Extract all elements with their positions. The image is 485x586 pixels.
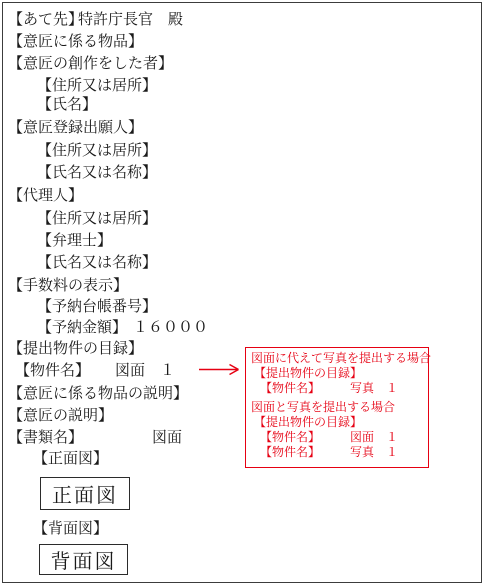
doc-line-label: 【背面図】 [33,517,108,539]
doc-line: 【氏名又は名称】 [0,251,485,273]
callout-line-value: 写真 １ [350,381,398,396]
callout-line-label: 【提出物件の目録】 [254,415,362,430]
doc-line: 【予納金額】１６０００ [0,316,485,338]
doc-line: 【住所又は居所】 [0,139,485,161]
doc-line-value: 図面 １ [115,359,175,381]
doc-line-label: 【提出物件の目録】 [8,337,143,359]
doc-line-label: 【氏名又は名称】 [37,161,157,183]
doc-line-label: 【氏名又は名称】 [37,251,157,273]
doc-line: 【代理人】 [0,184,485,206]
doc-line-label: 【意匠の創作をした者】 [8,52,173,74]
doc-line-label: 【書類名】 [8,426,83,448]
doc-line-value: 特許庁長官 殿 [78,8,183,30]
callout-line: 【物件名】写真 １ [246,381,428,396]
doc-line-label: 【予納台帳番号】 [37,295,157,317]
doc-line-value: 図面 [152,426,182,448]
doc-line-label: 【意匠に係る物品の説明】 [8,382,188,404]
callout-line-label: 【物件名】 [260,430,320,445]
doc-line: 【あて先】特許庁長官 殿 [0,8,485,30]
callout-line-label: 【物件名】 [260,445,320,460]
callout-line-value: 図面 １ [350,430,398,445]
callout-line-label: 図面と写真を提出する場合 [251,400,395,415]
doc-line: 【意匠の創作をした者】 [0,52,485,74]
red-arrow-icon [198,363,240,376]
doc-line: 【住所又は居所】 [0,207,485,229]
doc-line: 【予納台帳番号】 [0,295,485,317]
doc-line-label: 【代理人】 [8,184,83,206]
doc-line: 【意匠登録出願人】 [0,116,485,138]
doc-line-label: 【意匠に係る物品】 [8,30,143,52]
callout-line-label: 図面に代えて写真を提出する場合 [251,351,431,366]
figure-label-box: 正面図 [40,477,130,510]
doc-line: 【氏名又は名称】 [0,161,485,183]
doc-line-label: 【住所又は居所】 [37,207,157,229]
doc-line-label: 【氏名】 [37,93,97,115]
doc-line: 【背面図】 [0,517,485,539]
doc-line-label: 【意匠登録出願人】 [8,116,143,138]
design-application-document: 【あて先】特許庁長官 殿【意匠に係る物品】【意匠の創作をした者】【住所又は居所】… [0,0,485,586]
figure-label-text: 背面図 [51,545,117,574]
doc-line-label: 【弁理士】 [37,229,112,251]
doc-line-label: 【正面図】 [33,447,108,469]
doc-line-label: 【予納金額】 [37,316,127,338]
doc-line-label: 【物件名】 [15,359,90,381]
doc-line-label: 【あて先】 [8,8,83,30]
doc-line: 【弁理士】 [0,229,485,251]
callout-line: 図面と写真を提出する場合 [246,400,428,415]
callout-line-label: 【提出物件の目録】 [254,366,362,381]
doc-line-label: 【手数料の表示】 [8,274,128,296]
doc-line: 【手数料の表示】 [0,274,485,296]
photo-submission-callout: 図面に代えて写真を提出する場合【提出物件の目録】【物件名】写真 １図面と写真を提… [245,347,429,468]
callout-line: 【提出物件の目録】 [246,415,428,430]
callout-line-value: 写真 １ [350,445,398,460]
callout-line: 【物件名】写真 １ [246,445,428,460]
doc-line: 【氏名】 [0,93,485,115]
callout-line: 【物件名】図面 １ [246,430,428,445]
doc-line-label: 【意匠の説明】 [8,404,113,426]
figure-label-text: 正面図 [52,479,118,508]
doc-line: 【意匠に係る物品】 [0,30,485,52]
doc-line-value: １６０００ [133,316,208,338]
callout-line: 【提出物件の目録】 [246,366,428,381]
figure-label-box: 背面図 [39,544,128,575]
callout-line: 図面に代えて写真を提出する場合 [246,351,428,366]
callout-line-label: 【物件名】 [260,381,320,396]
doc-line-label: 【住所又は居所】 [37,139,157,161]
